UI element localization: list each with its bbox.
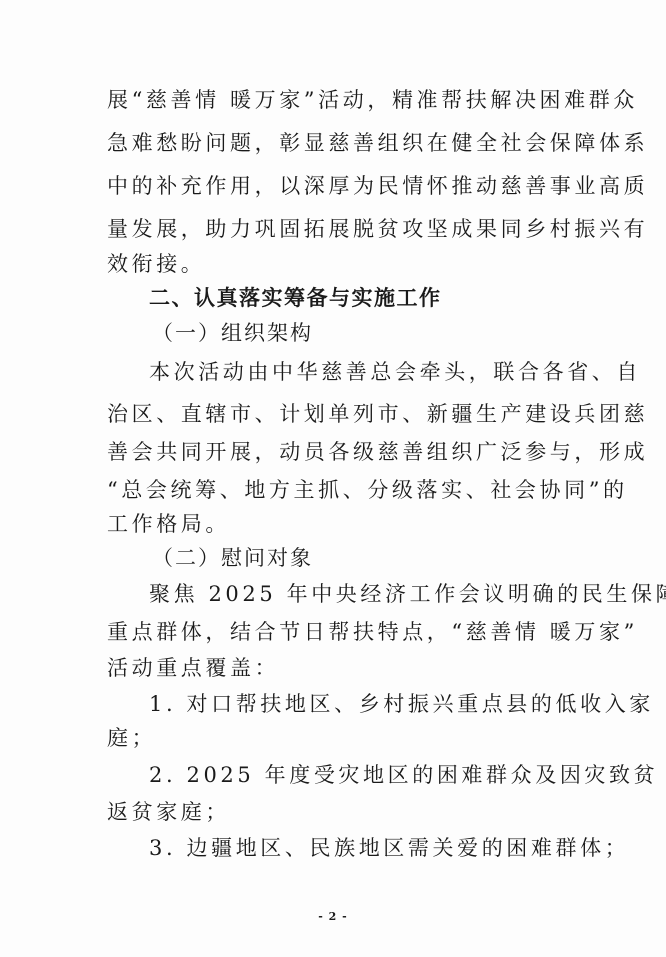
body-text-line: 聚焦 2025 年中央经济工作会议明确的民生保障 xyxy=(149,582,609,606)
body-text-line: 善会共同开展，动员各级慈善组织广泛参与，形成 xyxy=(107,440,567,464)
list-item: 1. 对口帮扶地区、乡村振兴重点县的低收入家 xyxy=(149,692,609,716)
document-page: 展“慈善情 暖万家”活动，精准帮扶解决困难群众 急难愁盼问题，彰显慈善组织在健全… xyxy=(0,0,666,957)
body-text-line: 本次活动由中华慈善总会牵头，联合各省、自 xyxy=(149,360,609,384)
section-heading: 二、认真落实筹备与实施工作 xyxy=(149,286,609,310)
list-item: 3. 边疆地区、民族地区需关爱的困难群体； xyxy=(149,836,609,860)
page-number: - 2 - xyxy=(0,910,666,923)
body-text-line: 活动重点覆盖： xyxy=(107,656,567,680)
body-text-line: 效衔接。 xyxy=(107,252,567,276)
list-item: 2. 2025 年度受灾地区的困难群众及因灾致贫 xyxy=(149,763,609,787)
body-text-line: “总会统筹、地方主抓、分级落实、社会协同”的 xyxy=(107,478,567,502)
body-text-line: 治区、直辖市、计划单列市、新疆生产建设兵团慈 xyxy=(107,402,567,426)
body-text-line: 量发展，助力巩固拓展脱贫攻坚成果同乡村振兴有 xyxy=(107,217,567,241)
body-text-line: 展“慈善情 暖万家”活动，精准帮扶解决困难群众 xyxy=(107,88,567,112)
list-item-continuation: 返贫家庭； xyxy=(107,800,567,824)
body-text-line: 重点群体，结合节日帮扶特点，“慈善情 暖万家” xyxy=(107,620,567,644)
list-item-continuation: 庭； xyxy=(107,726,567,750)
body-text-line: 急难愁盼问题，彰显慈善组织在健全社会保障体系 xyxy=(107,131,567,155)
body-text-line: 中的补充作用，以深厚为民情怀推动慈善事业高质 xyxy=(107,174,567,198)
body-text-line: 工作格局。 xyxy=(107,512,567,536)
subsection-title: （一）组织架构 xyxy=(152,321,612,345)
subsection-title: （二）慰问对象 xyxy=(152,546,612,570)
